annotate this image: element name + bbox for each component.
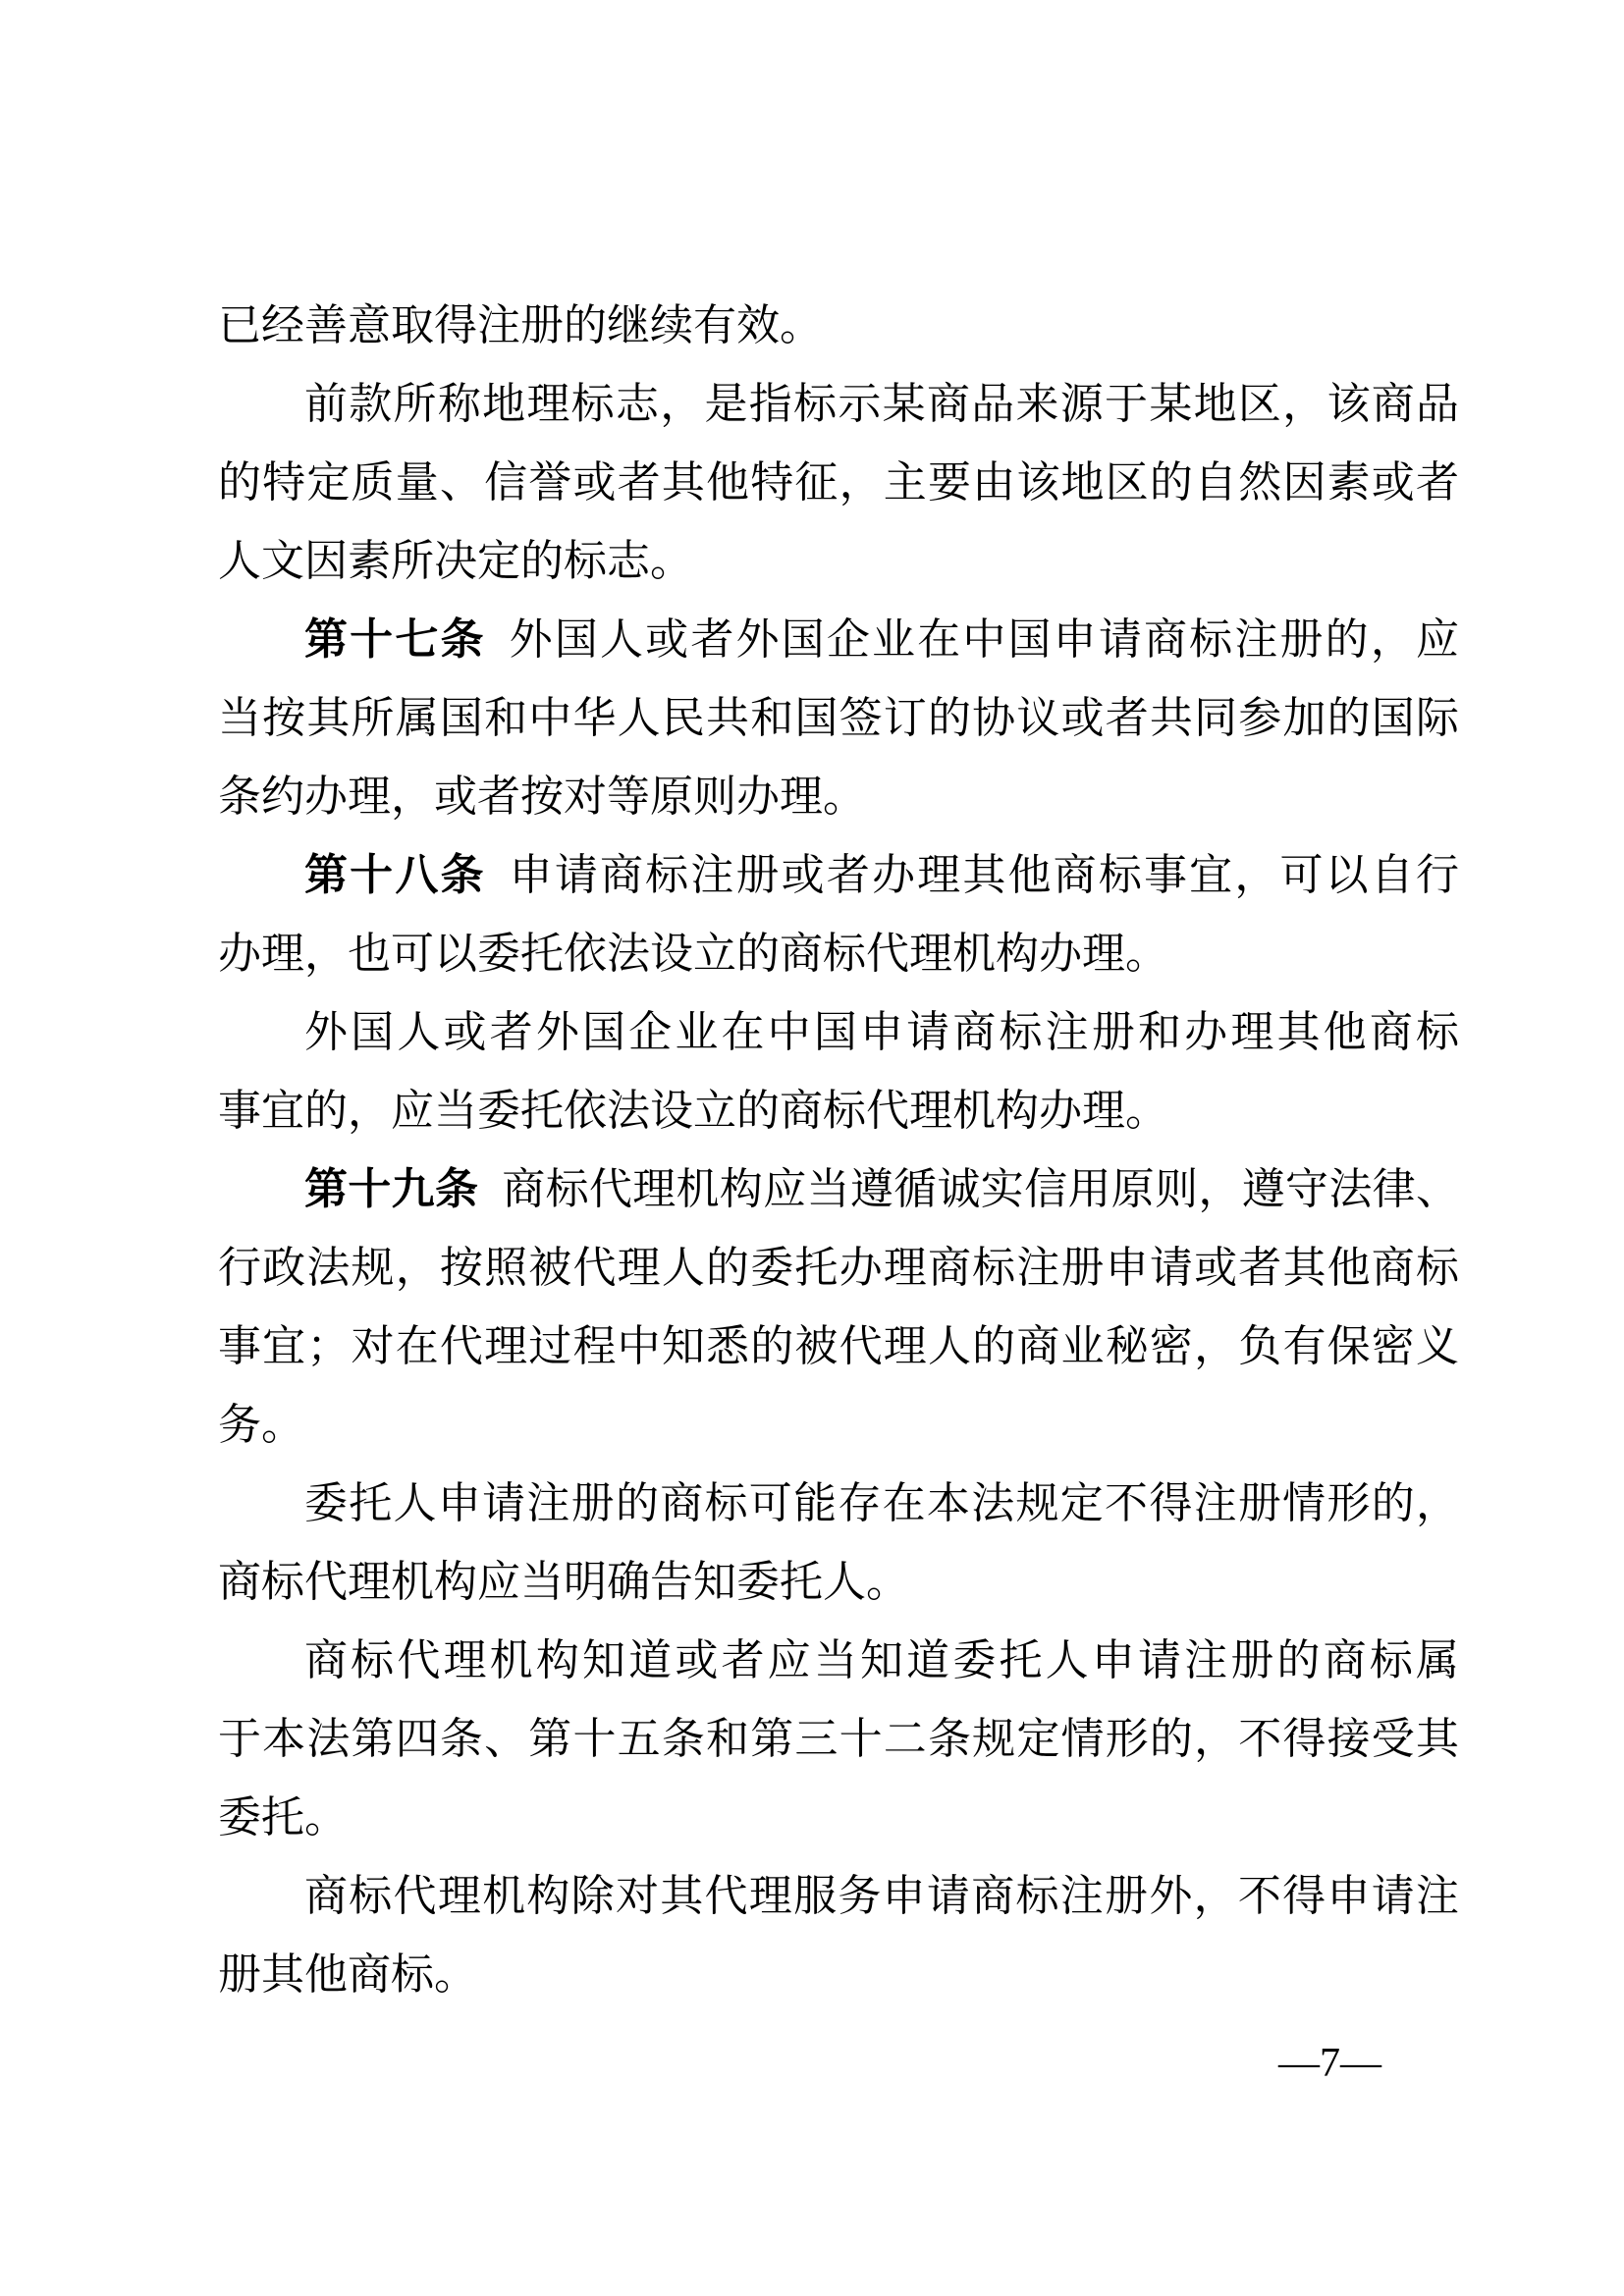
text-line: 办理，也可以委托依法设立的商标代理机构办理。: [218, 915, 1459, 993]
line-text: 申请商标注册或者办理其他商标事宜，可以自行: [510, 851, 1459, 899]
text-line: 外国人或者外国企业在中国申请商标注册和办理其他商标: [218, 993, 1459, 1072]
line-text: 务。: [218, 1401, 304, 1449]
line-text: 商标代理机构应当遵循诚实信用原则，遵守法律、: [502, 1165, 1459, 1213]
article-line: 第十八条申请商标注册或者办理其他商标事宜，可以自行: [218, 836, 1459, 915]
line-text: 办理，也可以委托依法设立的商标代理机构办理。: [218, 930, 1168, 978]
article-number: 第十八条: [304, 851, 486, 899]
article-number: 第十七条: [304, 615, 486, 664]
text-line: 前款所称地理标志，是指标示某商品来源于某地区，该商品: [218, 365, 1459, 444]
page-number: —7—: [1278, 2040, 1381, 2087]
line-text: 行政法规，按照被代理人的委托办理商标注册申请或者其他商标: [218, 1244, 1459, 1292]
text-line: 务。: [218, 1386, 1459, 1465]
text-line: 的特定质量、信誉或者其他特征，主要由该地区的自然因素或者: [218, 444, 1459, 522]
line-text: 前款所称地理标志，是指标示某商品来源于某地区，该商品: [304, 380, 1459, 428]
text-line: 行政法规，按照被代理人的委托办理商标注册申请或者其他商标: [218, 1229, 1459, 1308]
text-line: 当按其所属国和中华人民共和国签订的协议或者共同参加的国际: [218, 679, 1459, 758]
line-text: 委托。: [218, 1793, 348, 1842]
line-text: 人文因素所决定的标志。: [218, 537, 693, 585]
line-text: 事宜的，应当委托依法设立的商标代理机构办理。: [218, 1087, 1168, 1135]
article-line: 第十九条商标代理机构应当遵循诚实信用原则，遵守法律、: [218, 1150, 1459, 1229]
line-text: 事宜；对在代理过程中知悉的被代理人的商业秘密，负有保密义: [218, 1322, 1459, 1370]
line-text: 商标代理机构除对其代理服务申请商标注册外，不得申请注: [304, 1872, 1459, 1920]
article-number: 第十九条: [304, 1165, 478, 1213]
text-line: 商标代理机构应当明确告知委托人。: [218, 1543, 1459, 1622]
line-text: 外国人或者外国企业在中国申请商标注册的，应: [510, 615, 1459, 664]
line-text: 商标代理机构应当明确告知委托人。: [218, 1558, 909, 1606]
text-line: 事宜；对在代理过程中知悉的被代理人的商业秘密，负有保密义: [218, 1308, 1459, 1386]
line-text: 外国人或者外国企业在中国申请商标注册和办理其他商标: [304, 1008, 1459, 1056]
line-text: 已经善意取得注册的继续有效。: [218, 301, 823, 349]
text-line: 人文因素所决定的标志。: [218, 522, 1459, 601]
line-text: 委托人申请注册的商标可能存在本法规定不得注册情形的，: [304, 1479, 1459, 1527]
line-text: 册其他商标。: [218, 1950, 477, 1999]
line-text: 商标代理机构知道或者应当知道委托人申请注册的商标属: [304, 1636, 1459, 1684]
line-text: 当按其所属国和中华人民共和国签订的协议或者共同参加的国际: [218, 694, 1459, 742]
text-line: 委托。: [218, 1779, 1459, 1857]
line-text: 于本法第四条、第十五条和第三十二条规定情形的，不得接受其: [218, 1715, 1459, 1763]
text-line: 条约办理，或者按对等原则办理。: [218, 758, 1459, 836]
text-line: 册其他商标。: [218, 1936, 1459, 2014]
article-line: 第十七条外国人或者外国企业在中国申请商标注册的，应: [218, 601, 1459, 679]
text-line: 事宜的，应当委托依法设立的商标代理机构办理。: [218, 1072, 1459, 1150]
document-page: 已经善意取得注册的继续有效。前款所称地理标志，是指标示某商品来源于某地区，该商品…: [0, 0, 1624, 2296]
text-line: 于本法第四条、第十五条和第三十二条规定情形的，不得接受其: [218, 1700, 1459, 1779]
document-body: 已经善意取得注册的继续有效。前款所称地理标志，是指标示某商品来源于某地区，该商品…: [218, 287, 1459, 2014]
line-text: 条约办理，或者按对等原则办理。: [218, 773, 866, 821]
line-text: 的特定质量、信誉或者其他特征，主要由该地区的自然因素或者: [218, 458, 1459, 507]
text-line: 委托人申请注册的商标可能存在本法规定不得注册情形的，: [218, 1465, 1459, 1543]
text-line: 商标代理机构除对其代理服务申请商标注册外，不得申请注: [218, 1857, 1459, 1936]
text-line: 已经善意取得注册的继续有效。: [218, 287, 1459, 365]
text-line: 商标代理机构知道或者应当知道委托人申请注册的商标属: [218, 1622, 1459, 1700]
